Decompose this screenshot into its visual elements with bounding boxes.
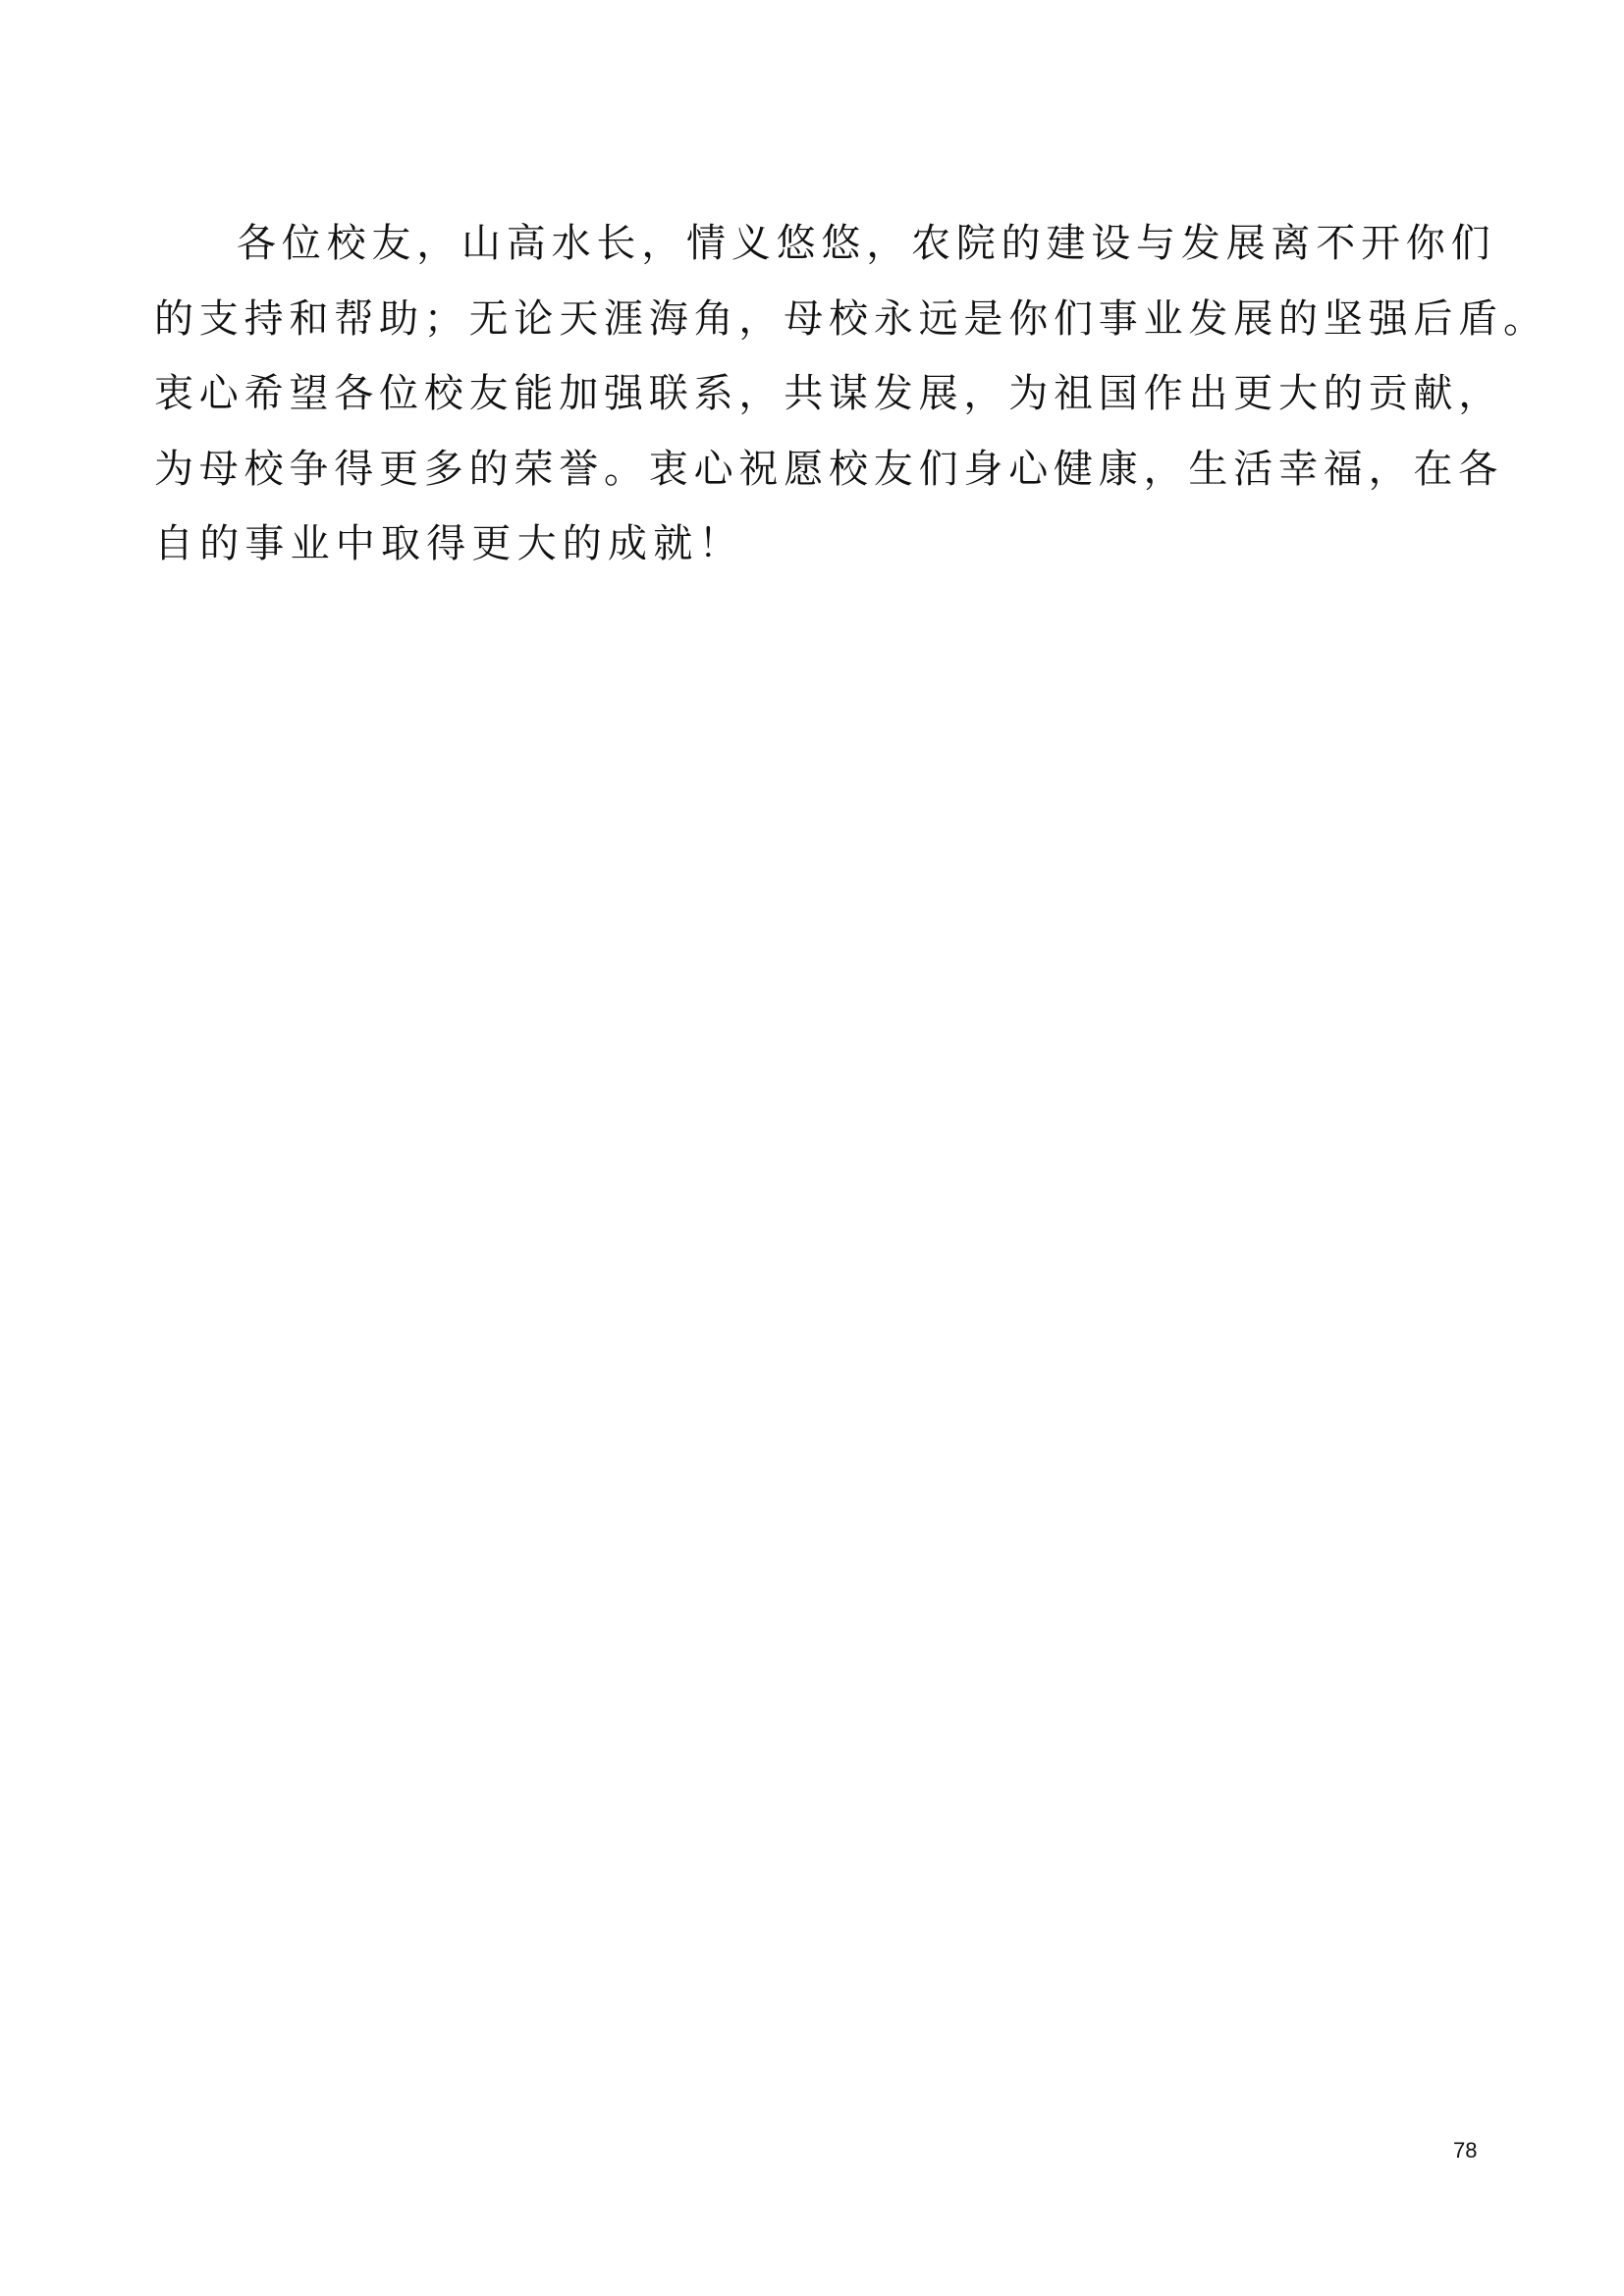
paragraph-line-2: 的支持和帮助；无论天涯海角，母校永远是你们事业发展的坚强后盾。 (154, 282, 1486, 357)
paragraph-line-3: 衷心希望各位校友能加强联系，共谋发展，为祖国作出更大的贡献， (154, 356, 1486, 432)
body-paragraph: 各位校友，山高水长，情义悠悠，农院的建设与发展离不开你们 的支持和帮助；无论天涯… (154, 206, 1486, 582)
paragraph-line-1: 各位校友，山高水长，情义悠悠，农院的建设与发展离不开你们 (154, 206, 1486, 282)
document-page: 各位校友，山高水长，情义悠悠，农院的建设与发展离不开你们 的支持和帮助；无论天涯… (0, 0, 1624, 2296)
paragraph-line-5: 自的事业中取得更大的成就！ (154, 507, 1486, 582)
page-number: 78 (1453, 2138, 1477, 2163)
paragraph-line-4: 为母校争得更多的荣誉。衷心祝愿校友们身心健康，生活幸福，在各 (154, 432, 1486, 507)
